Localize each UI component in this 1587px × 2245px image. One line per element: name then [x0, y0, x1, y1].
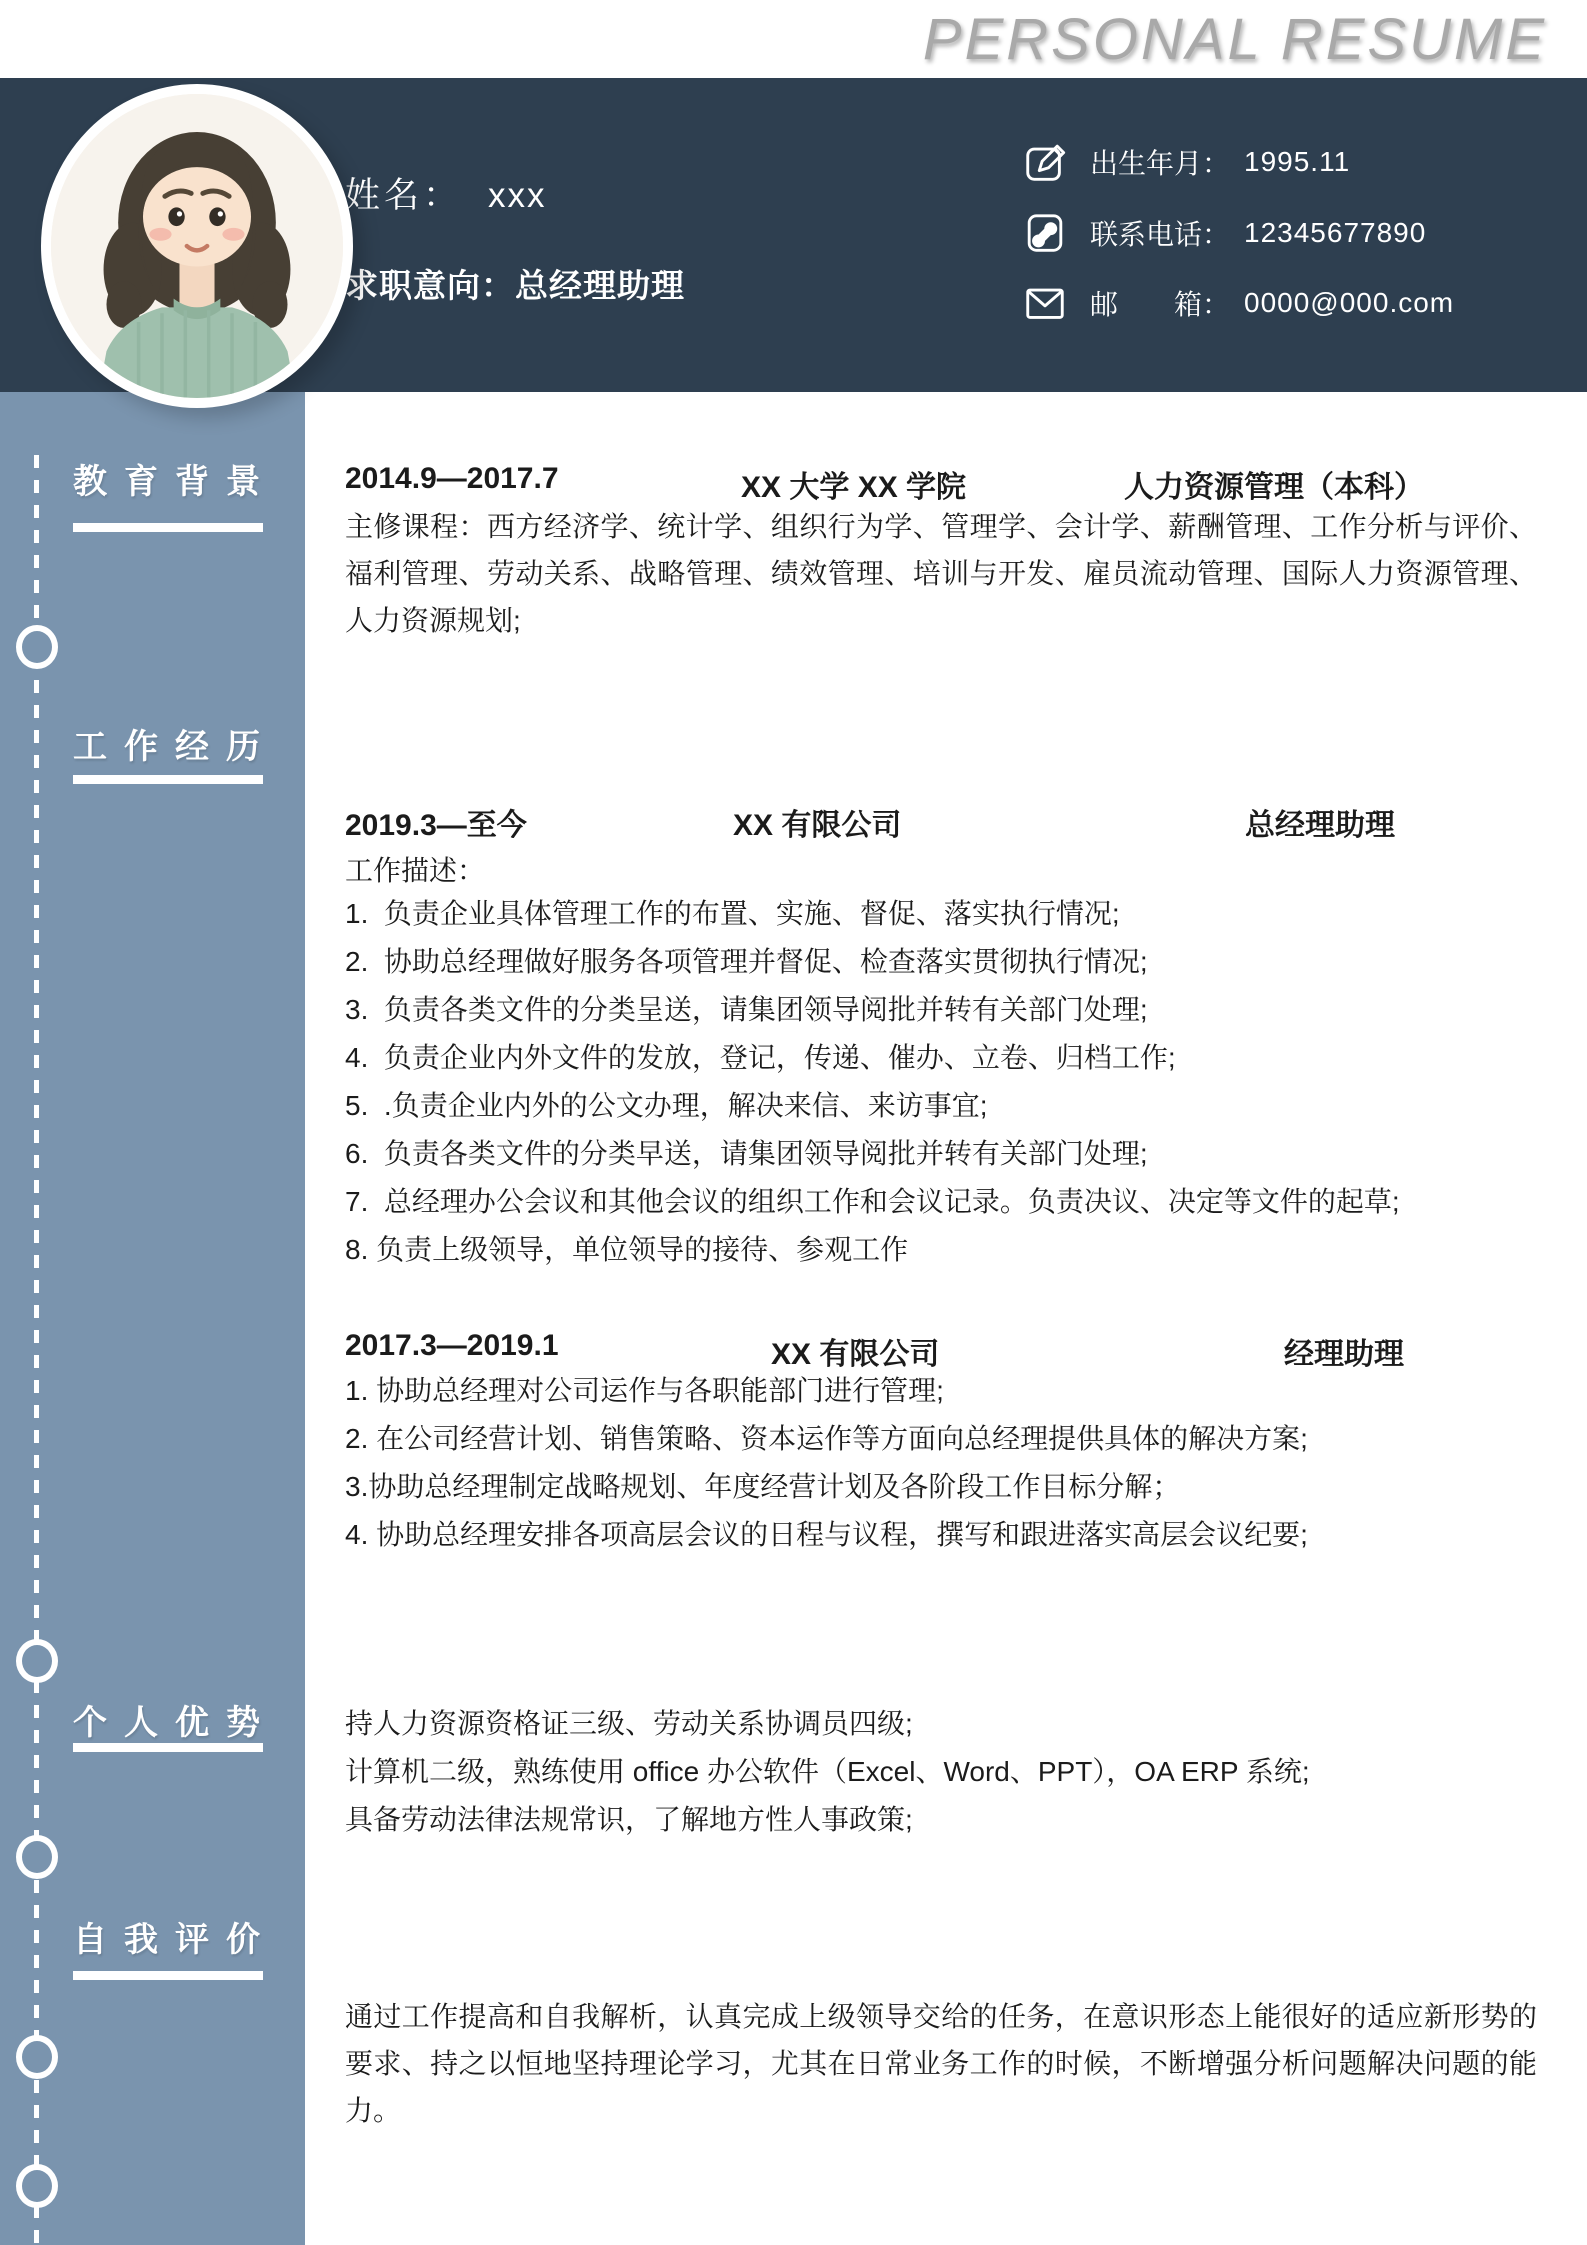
sidebar: 教育背景 工作经历 个人优势 自我评价	[0, 392, 305, 2245]
job2-duty-list: 1. 协助总经理对公司运作与各职能部门进行管理; 2. 在公司经营计划、销售策略…	[345, 1367, 1560, 1559]
duty-line: 8. 负责上级领导，单位领导的接待、参观工作	[345, 1226, 1560, 1274]
education-major: 人力资源管理（本科）	[1124, 462, 1424, 506]
duty-line: 7. 总经理办公会议和其他会议的组织工作和会议记录。负责决议、决定等文件的起草;	[345, 1178, 1560, 1226]
duty-line: 4. 负责企业内外文件的发放，登记，传递、催办、立卷、归档工作;	[345, 1034, 1560, 1082]
timeline-node	[16, 2164, 58, 2208]
job-position: 总经理助理	[1245, 800, 1395, 844]
self-evaluation-text: 通过工作提高和自我解析，认真完成上级领导交给的任务，在意识形态上能很好的适应新形…	[345, 1993, 1537, 2134]
education-courses: 主修课程：西方经济学、统计学、组织行为学、管理学、会计学、薪酬管理、工作分析与评…	[345, 503, 1537, 644]
strengths-list: 持人力资源资格证三级、劳动关系协调员四级; 计算机二级，熟练使用 office …	[345, 1700, 1560, 1844]
timeline-dashed-line	[34, 455, 39, 2245]
duty-line: 3.协助总经理制定战略规划、年度经营计划及各阶段工作目标分解；	[345, 1463, 1560, 1511]
job1-duty-list: 1. 负责企业具体管理工作的布置、实施、督促、落实执行情况; 2. 协助总经理做…	[345, 890, 1560, 1274]
duty-line: 6. 负责各类文件的分类早送，请集团领导阅批并转有关部门处理;	[345, 1130, 1560, 1178]
section-title-selfeval: 自我评价	[73, 1920, 277, 1960]
section-underline	[73, 523, 263, 532]
duty-line: 4. 协助总经理安排各项高层会议的日程与议程，撰写和跟进落实高层会议纪要;	[345, 1511, 1560, 1559]
education-period: 2014.9—2017.7	[345, 462, 559, 496]
duty-line: 5. .负责企业内外的公文办理，解决来信、来访事宜;	[345, 1082, 1560, 1130]
section-title-strengths: 个人优势	[73, 1703, 277, 1743]
strength-line: 具备劳动法律法规常识，了解地方性人事政策;	[345, 1796, 1560, 1844]
strength-line: 持人力资源资格证三级、劳动关系协调员四级;	[345, 1700, 1560, 1748]
resume-page: PERSONAL RESUME 姓名：xxx 求职意向：总经理助理 出生年月： …	[0, 0, 1587, 2245]
timeline-node	[16, 1835, 58, 1879]
section-title-experience: 工作经历	[73, 727, 277, 767]
timeline-node	[16, 625, 58, 669]
duty-line: 1. 负责企业具体管理工作的布置、实施、督促、落实执行情况;	[345, 890, 1560, 938]
section-underline	[73, 775, 263, 784]
section-underline	[73, 1971, 263, 1980]
avatar-illustration	[51, 94, 343, 398]
duty-line: 2. 在公司经营计划、销售策略、资本运作等方面向总经理提供具体的解决方案;	[345, 1415, 1560, 1463]
job-period: 2017.3—2019.1	[345, 1329, 559, 1363]
timeline-node	[16, 1639, 58, 1683]
section-underline	[73, 1743, 263, 1752]
timeline-node	[16, 2035, 58, 2079]
duty-line: 3. 负责各类文件的分类呈送，请集团领导阅批并转有关部门处理;	[345, 986, 1560, 1034]
avatar	[41, 84, 353, 408]
main-content: 2014.9—2017.7 XX 大学 XX 学院 人力资源管理（本科） 主修课…	[345, 0, 1560, 2245]
section-title-education: 教育背景	[73, 462, 277, 502]
duty-line: 2. 协助总经理做好服务各项管理并督促、检查落实贯彻执行情况;	[345, 938, 1560, 986]
job-period: 2019.3—至今	[345, 800, 527, 844]
job1-description-label: 工作描述：	[345, 849, 485, 889]
strength-line: 计算机二级，熟练使用 office 办公软件（Excel、Word、PPT），O…	[345, 1748, 1560, 1796]
education-school: XX 大学 XX 学院	[741, 462, 966, 506]
job-company: XX 有限公司	[733, 800, 901, 844]
duty-line: 1. 协助总经理对公司运作与各职能部门进行管理;	[345, 1367, 1560, 1415]
